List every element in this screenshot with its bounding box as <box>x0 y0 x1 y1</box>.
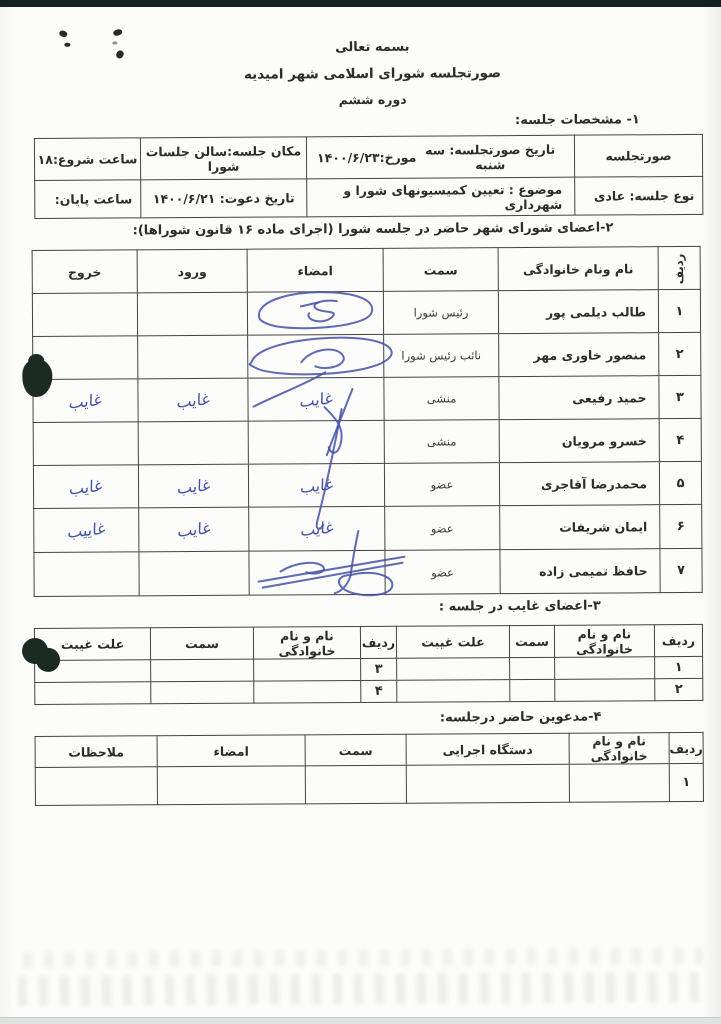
member-row-7: ۷ حافظ تمیمی زاده عضو <box>34 548 702 596</box>
col-header-row-number: ردیف <box>669 732 703 763</box>
present-members-table: ردیف نام ونام خانوادگی سمت امضاء ورود خر… <box>32 246 703 597</box>
member-row-6: ۶ ایمان شریفات عضو غایب غایب غاییب <box>34 504 702 552</box>
pen-mark <box>112 41 117 44</box>
document-header: بسمه تعالی صورتجلسه شورای اسلامی شهر امی… <box>177 39 567 108</box>
cell-exit: غاییب <box>34 508 139 553</box>
cell-subject: موضوع : تعیین کمیسیونهای شورا و شهرداری <box>307 177 575 217</box>
col-header-notes: ملاحظات <box>35 736 157 768</box>
document-title: صورتجلسه شورای اسلامی شهر امیدیه <box>177 65 567 83</box>
cell-row-number: ۱ <box>658 289 700 332</box>
cell-member-position: منشی <box>384 420 499 464</box>
absent-mark: غایب <box>300 474 334 497</box>
section2-label: ۲-اعضای شورای شهر حاضر در جلسه شورا (اجر… <box>133 220 614 238</box>
meeting-info-table: صورتجلسه تاریخ صورتجلسه: سه شنبه مورخ:۱۴… <box>34 134 703 219</box>
col-header-position: سمت <box>383 248 498 292</box>
cell-signature: غایب <box>249 506 385 551</box>
absent-mark: غاییب <box>67 518 106 541</box>
cell-exit <box>33 422 138 466</box>
cell-position <box>305 765 406 804</box>
cell-signature <box>248 420 384 464</box>
scanner-edge-top <box>0 0 721 7</box>
col-header-absence-reason: علت غیبت <box>396 626 509 659</box>
invitees-table: ردیف نام و نام خانوادگی دستگاه اجرایی سم… <box>35 732 704 806</box>
cell-signature: غایب <box>248 463 384 507</box>
section1-label: ۱- مشخصات جلسه: <box>515 112 640 128</box>
cell-position <box>151 659 254 682</box>
cell-entry <box>139 551 249 596</box>
col-header-name: نام و نام خانوادگی <box>554 625 654 658</box>
cell-entry: غایب <box>138 378 248 422</box>
pen-mark <box>58 30 68 38</box>
cell-reason <box>35 660 151 683</box>
cell-signature: غایب <box>248 377 384 421</box>
pen-mark <box>113 28 123 36</box>
ink-blot <box>22 638 48 664</box>
invitees-header-row: ردیف نام و نام خانوادگی دستگاه اجرایی سم… <box>35 732 703 767</box>
cell-signature <box>249 550 385 595</box>
cell-member-name: منصور خاوری مهر <box>499 333 659 377</box>
absent-members-table: ردیف نام و نام خانوادگی سمت علت غیبت ردی… <box>34 624 703 705</box>
cell-reason <box>397 658 510 681</box>
scanned-meeting-minutes-page: { "header": { "bismillah": "بسمه تعالی",… <box>0 0 721 1024</box>
cell-meeting-date: تاریخ صورتجلسه: سه شنبه مورخ:۱۴۰۰/۶/۲۳ <box>306 135 574 179</box>
col-header-signature: امضاء <box>157 735 305 767</box>
meeting-date-label: تاریخ صورتجلسه: سه شنبه <box>416 141 564 172</box>
cell-signature <box>248 334 384 378</box>
cell-row-number: ۱ <box>669 763 703 801</box>
cell-row-number: ۱ <box>655 656 703 678</box>
col-header-position: سمت <box>150 627 253 660</box>
col-header-row-number: ردیف <box>658 246 700 289</box>
cell-entry: غایب <box>138 464 248 508</box>
cell-name <box>254 680 361 703</box>
cell-position <box>151 681 254 704</box>
col-header-name: نام ونام خانوادگی <box>498 247 658 291</box>
bleedthrough-smudge <box>18 972 708 1006</box>
col-header-exit: خروج <box>32 250 137 294</box>
cell-member-position: عضو <box>385 506 500 551</box>
cell-reason <box>397 680 510 703</box>
member-row-4: ۴ خسرو مرویان منشی <box>33 418 701 465</box>
col-header-signature: امضاء <box>247 248 383 292</box>
cell-minutes-label: صورتجلسه <box>574 134 702 177</box>
cell-name <box>555 657 655 680</box>
absent-mark: غایب <box>300 517 334 540</box>
absent-row-2: ۲ ۴ <box>35 678 703 704</box>
absent-mark: غایب <box>69 475 103 498</box>
cell-member-position: نائب رئیس شورا <box>384 334 499 378</box>
cell-row-number: ۵ <box>659 461 701 504</box>
cell-position <box>510 657 555 679</box>
col-header-row-number: ردیف <box>654 624 702 656</box>
invitee-row-1: ۱ <box>35 763 703 805</box>
cell-row-number: ۳ <box>361 658 397 680</box>
member-row-1: ۱ طالب دیلمی پور رئیس شورا <box>32 289 700 336</box>
scanner-edge-bottom <box>0 1017 721 1024</box>
cell-entry <box>137 292 247 336</box>
cell-notes <box>35 767 157 806</box>
bismillah-line: بسمه تعالی <box>177 39 567 56</box>
cell-member-position: رئیس شورا <box>383 291 498 335</box>
absent-mark: غایب <box>69 389 103 412</box>
meeting-info-row2: نوع جلسه: عادی موضوع : تعیین کمیسیونهای … <box>35 176 703 218</box>
absent-mark: غایب <box>177 518 211 541</box>
document-content: بسمه تعالی صورتجلسه شورای اسلامی شهر امی… <box>0 0 721 1024</box>
col-header-row-number: ردیف <box>360 626 396 658</box>
cell-name <box>555 679 655 702</box>
section3-label: ۳-اعضای غایب در جلسه : <box>439 599 601 615</box>
cell-member-name: حمید رفیعی <box>499 376 659 420</box>
cell-member-position: عضو <box>385 550 500 595</box>
cell-row-number: ۷ <box>660 548 702 592</box>
cell-agency <box>406 764 569 803</box>
cell-exit <box>34 552 139 597</box>
col-header-position: سمت <box>509 625 554 657</box>
pen-mark <box>64 43 70 47</box>
cell-start-time: ساعت شروع:۱۸ <box>34 138 140 181</box>
cell-end-time: ساعت پایان: <box>35 180 141 219</box>
cell-signature <box>247 291 383 335</box>
absent-mark: غایب <box>299 388 333 411</box>
col-header-agency: دستگاه اجرایی <box>406 733 569 765</box>
cell-exit: غایب <box>33 465 138 509</box>
pen-mark <box>115 49 125 59</box>
cell-session-type: نوع جلسه: عادی <box>575 176 703 215</box>
col-header-name: نام و نام خانوادگی <box>569 733 669 765</box>
cell-member-position: منشی <box>384 377 499 421</box>
cell-entry: غایب <box>139 507 249 552</box>
cell-reason <box>35 682 151 705</box>
col-header-absence-reason: علت غیبت <box>34 628 150 661</box>
cell-entry <box>138 421 248 465</box>
cell-member-name: طالب دیلمی پور <box>498 290 658 334</box>
member-row-3: ۳ حمید رفیعی منشی غایب غایب غایب <box>33 375 701 422</box>
cell-row-number: ۲ <box>659 332 701 375</box>
cell-invite-date: تاریخ دعوت: ۱۴۰۰/۶/۲۱ <box>141 179 307 218</box>
present-members-header-row: ردیف نام ونام خانوادگی سمت امضاء ورود خر… <box>32 246 700 293</box>
absent-mark: غایب <box>176 389 210 412</box>
cell-member-name: محمدرضا آقاجری <box>499 462 659 506</box>
cell-row-number: ۶ <box>660 504 702 548</box>
cell-signature <box>157 766 305 805</box>
term-line: دوره ششم <box>178 91 568 108</box>
member-row-5: ۵ محمدرضا آقاجری عضو غایب غایب غایب <box>33 461 701 508</box>
absent-mark: غایب <box>177 475 211 498</box>
col-header-name: نام و نام خانوادگی <box>253 627 360 660</box>
cell-position <box>510 679 555 701</box>
section4-label: ۴-مدعوین حاضر درجلسه: <box>440 710 602 726</box>
bleedthrough-smudge <box>23 948 703 968</box>
cell-member-name: حافظ تمیمی زاده <box>500 549 660 594</box>
cell-name <box>254 658 361 681</box>
cell-meeting-location: مکان جلسه:سالن جلسات شورا <box>140 137 306 180</box>
cell-entry <box>138 335 248 379</box>
col-header-entry: ورود <box>137 249 247 293</box>
cell-name <box>569 764 669 803</box>
cell-row-number: ۴ <box>659 418 701 461</box>
meeting-date-value: مورخ:۱۴۰۰/۶/۲۳ <box>317 150 416 166</box>
cell-member-position: عضو <box>384 463 499 507</box>
member-row-2: ۲ منصور خاوری مهر نائب رئیس شورا <box>33 332 701 379</box>
cell-member-name: ایمان شریفات <box>500 505 660 550</box>
meeting-info-row1: صورتجلسه تاریخ صورتجلسه: سه شنبه مورخ:۱۴… <box>34 134 702 180</box>
absent-members-header-row: ردیف نام و نام خانوادگی سمت علت غیبت ردی… <box>34 624 702 660</box>
col-header-position: سمت <box>305 734 406 766</box>
cell-row-number: ۳ <box>659 375 701 418</box>
cell-row-number: ۴ <box>361 680 397 702</box>
cell-member-name: خسرو مرویان <box>499 419 659 463</box>
cell-exit <box>32 293 137 337</box>
cell-row-number: ۲ <box>655 678 703 700</box>
